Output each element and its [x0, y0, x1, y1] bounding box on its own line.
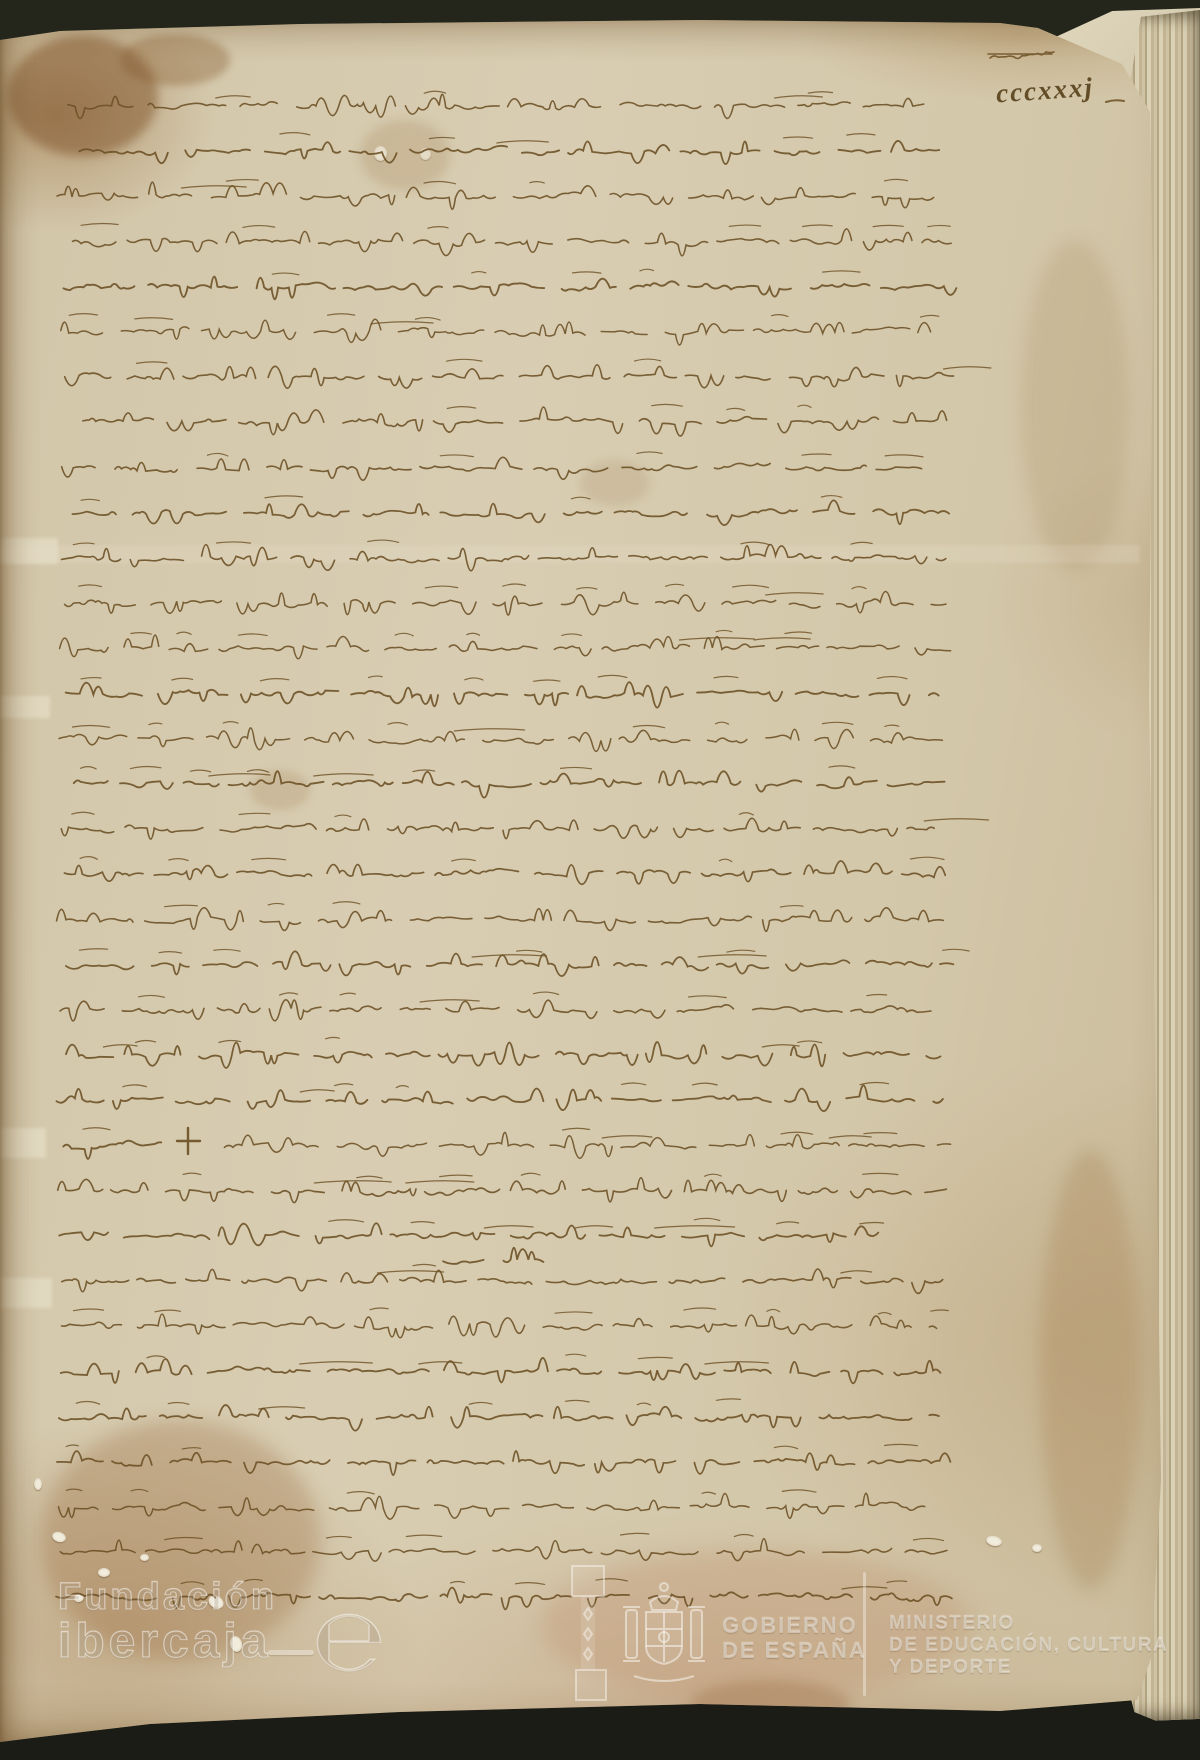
handwriting-ink-layer: [0, 0, 1200, 1760]
manuscript-photo: cccxxxj Fundación ibercaja ℮: [0, 0, 1200, 1760]
